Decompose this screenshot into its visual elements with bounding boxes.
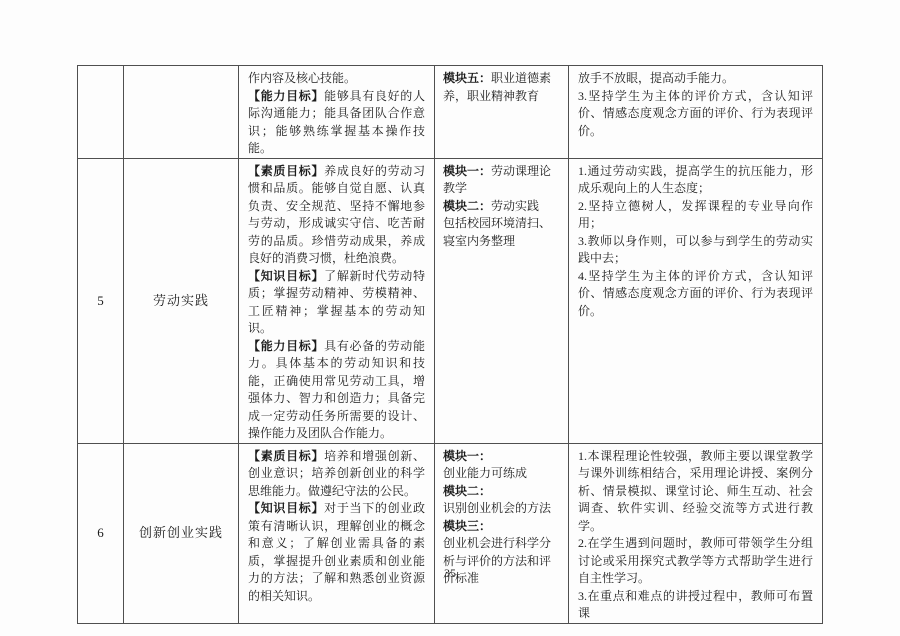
- page-number: 35: [0, 566, 900, 581]
- method-item: 4.坚持学生为主体的评价方式，含认知评价、情感态度观念方面的评价、行为表现评价。: [578, 268, 813, 321]
- module-line: 识别创业机会的方法: [443, 500, 560, 518]
- cell-modules: 模块一：劳动课理论教学 模块二：劳动实践 包括校园环境清扫、寝室内务整理: [435, 158, 569, 443]
- goal-label: 【知识目标】: [248, 501, 324, 515]
- cell-goals: 【素质目标】培养和增强创新、创业意识；培养创新创业的科学思维能力。做遵纪守法的公…: [239, 443, 435, 623]
- method-item: 放手不放眼，提高动手能力。: [578, 70, 813, 88]
- table-row-continuation: 作内容及核心技能。 【能力目标】能够具有良好的人际沟通能力；能具备团队合作意识；…: [78, 66, 823, 159]
- module-line: 模块二：: [443, 483, 560, 501]
- module-line: 创业能力可练成: [443, 465, 560, 483]
- module-label: 模块一：: [443, 449, 491, 463]
- goal-paragraph: 【素质目标】培养和增强创新、创业意识；培养创新创业的科学思维能力。做遵纪守法的公…: [248, 448, 425, 501]
- module-label: 模块二：: [443, 199, 491, 213]
- module-text: 包括校园环境清扫、寝室内务整理: [443, 216, 551, 248]
- goal-text: 作内容及核心技能。: [248, 71, 356, 85]
- module-text: 劳动实践: [491, 199, 539, 213]
- module-line: 模块三：: [443, 518, 560, 536]
- cell-course-name: 创新创业实践: [124, 443, 239, 623]
- goal-paragraph: 【能力目标】具有必备的劳动能力。具体基本的劳动知识和技能，正确使用常见劳动工具，…: [248, 338, 425, 443]
- cell-teaching-methods: 1.本课程理论性较强，教师主要以课堂教学与课外训练相结合，采用理论讲授、案例分析…: [569, 443, 823, 623]
- cell-course-name: [124, 66, 239, 159]
- module-label: 模块一：: [443, 164, 491, 178]
- cell-teaching-methods: 放手不放眼，提高动手能力。 3.坚持学生为主体的评价方式，含认知评价、情感态度观…: [569, 66, 823, 159]
- goal-label: 【知识目标】: [248, 269, 324, 283]
- table-row-5: 5 劳动实践 【素质目标】养成良好的劳动习惯和品质。能够自觉自愿、认真负责、安全…: [78, 158, 823, 443]
- method-item: 3.坚持学生为主体的评价方式，含认知评价、情感态度观念方面的评价、行为表现评价。: [578, 88, 813, 141]
- module-label: 模块二：: [443, 484, 491, 498]
- cell-goals: 【素质目标】养成良好的劳动习惯和品质。能够自觉自愿、认真负责、安全规范、坚持不懈…: [239, 158, 435, 443]
- goal-paragraph: 【知识目标】对于当下的创业政策有清晰认识，理解创业的概念和意义；了解创业需具备的…: [248, 500, 425, 605]
- goal-paragraph: 【能力目标】能够具有良好的人际沟通能力；能具备团队合作意识；能够熟练掌握基本操作…: [248, 88, 425, 158]
- cell-goals: 作内容及核心技能。 【能力目标】能够具有良好的人际沟通能力；能具备团队合作意识；…: [239, 66, 435, 159]
- method-item: 1.本课程理论性较强，教师主要以课堂教学与课外训练相结合，采用理论讲授、案例分析…: [578, 448, 813, 536]
- course-table: 作内容及核心技能。 【能力目标】能够具有良好的人际沟通能力；能具备团队合作意识；…: [77, 65, 823, 624]
- method-text: 1.通过劳动实践，提高学生的抗压能力，形成乐观向上的人生态度；: [578, 164, 813, 196]
- cell-course-name: 劳动实践: [124, 158, 239, 443]
- goal-label: 【素质目标】: [248, 449, 324, 463]
- goal-paragraph: 作内容及核心技能。: [248, 70, 425, 88]
- method-item: 2.坚持立德树人，发挥课程的专业导向作用；: [578, 198, 813, 233]
- method-text: 2.坚持立德树人，发挥课程的专业导向作用；: [578, 199, 813, 231]
- module-label: 模块五：: [443, 71, 491, 85]
- method-text: 1.本课程理论性较强，教师主要以课堂教学与课外训练相结合，采用理论讲授、案例分析…: [578, 449, 813, 533]
- goal-text: 具有必备的劳动能力。具体基本的劳动知识和技能，正确使用常见劳动工具，增强体力、智…: [248, 339, 425, 441]
- cell-teaching-methods: 1.通过劳动实践，提高学生的抗压能力，形成乐观向上的人生态度； 2.坚持立德树人…: [569, 158, 823, 443]
- goal-label: 【能力目标】: [248, 89, 324, 103]
- module-line: 模块一：: [443, 448, 560, 466]
- cell-index: 5: [78, 158, 124, 443]
- goal-text: 养成良好的劳动习惯和品质。能够自觉自愿、认真负责、安全规范、坚持不懈地参与劳动，…: [248, 164, 425, 266]
- cell-index: [78, 66, 124, 159]
- method-item: 3.在重点和难点的讲授过程中，教师可布置课: [578, 588, 813, 623]
- document-page: 作内容及核心技能。 【能力目标】能够具有良好的人际沟通能力；能具备团队合作意识；…: [0, 0, 900, 636]
- goal-label: 【素质目标】: [248, 164, 324, 178]
- module-text: 创业能力可练成: [443, 466, 527, 480]
- method-item: 3.教师以身作则，可以参与到学生的劳动实践中去；: [578, 233, 813, 268]
- module-label: 模块三：: [443, 519, 491, 533]
- table-row-6: 6 创新创业实践 【素质目标】培养和增强创新、创业意识；培养创新创业的科学思维能…: [78, 443, 823, 623]
- module-text: 识别创业机会的方法: [443, 501, 551, 515]
- module-line: 模块二：劳动实践: [443, 198, 560, 216]
- method-text: 3.坚持学生为主体的评价方式，含认知评价、情感态度观念方面的评价、行为表现评价。: [578, 89, 813, 138]
- module-line: 模块五：职业道德素养，职业精神教育: [443, 70, 560, 105]
- goal-label: 【能力目标】: [248, 339, 324, 353]
- module-line: 模块一：劳动课理论教学: [443, 163, 560, 198]
- cell-modules: 模块五：职业道德素养，职业精神教育: [435, 66, 569, 159]
- method-text: 放手不放眼，提高动手能力。: [578, 71, 734, 85]
- method-item: 1.通过劳动实践，提高学生的抗压能力，形成乐观向上的人生态度；: [578, 163, 813, 198]
- goal-paragraph: 【素质目标】养成良好的劳动习惯和品质。能够自觉自愿、认真负责、安全规范、坚持不懈…: [248, 163, 425, 268]
- goal-text: 对于当下的创业政策有清晰认识，理解创业的概念和意义；了解创业需具备的素质，掌握提…: [248, 501, 425, 603]
- goal-paragraph: 【知识目标】了解新时代劳动特质；掌握劳动精神、劳模精神、工匠精神；掌握基本的劳动…: [248, 268, 425, 338]
- method-text: 3.教师以身作则，可以参与到学生的劳动实践中去；: [578, 234, 813, 266]
- method-text: 4.坚持学生为主体的评价方式，含认知评价、情感态度观念方面的评价、行为表现评价。: [578, 269, 813, 318]
- method-text: 3.在重点和难点的讲授过程中，教师可布置课: [578, 589, 813, 621]
- cell-index: 6: [78, 443, 124, 623]
- cell-modules: 模块一： 创业能力可练成 模块二： 识别创业机会的方法 模块三： 创业机会进行科…: [435, 443, 569, 623]
- module-line: 包括校园环境清扫、寝室内务整理: [443, 215, 560, 250]
